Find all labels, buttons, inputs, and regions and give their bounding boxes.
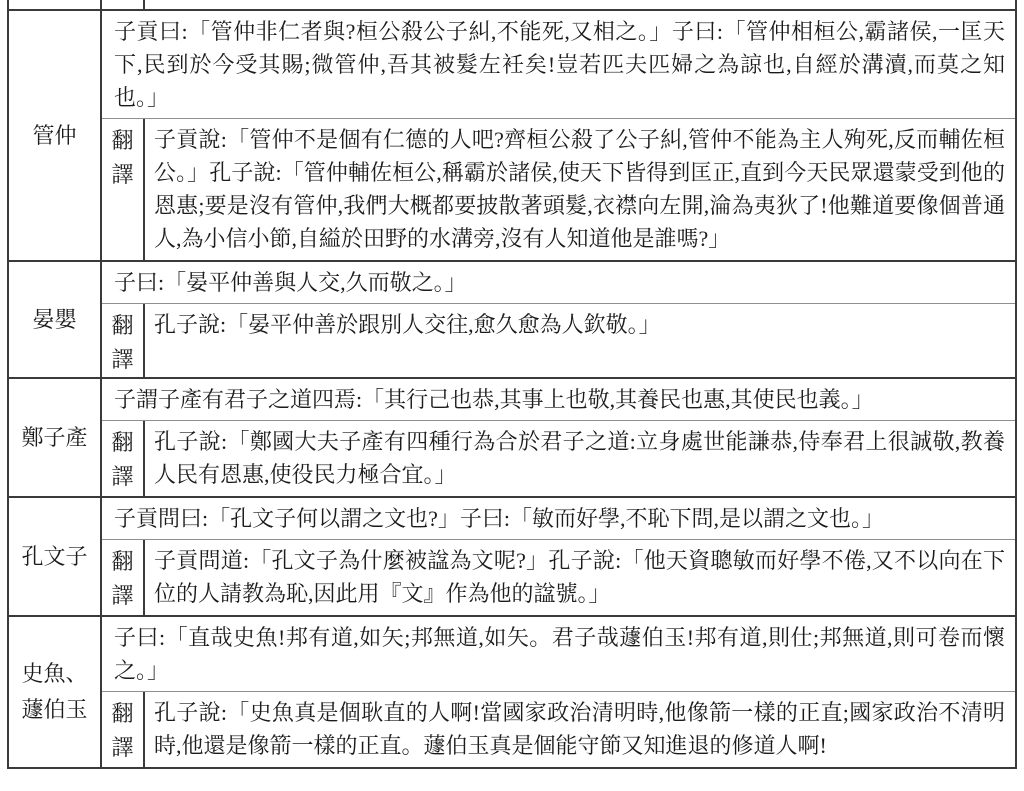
translation-text: 孔子說:「史魚真是個耿直的人啊!當國家政治清明時,他像箭一樣的正直;國家政治不清… [145,692,1015,767]
translation-text: 孔子說:「晏平仲善於跟別人交往,愈久愈為人欽敬。」 [145,304,1015,377]
original-text: 子貢曰:「管仲非仁者與?桓公殺公子糾,不能死,又相之。」子曰:「管仲相桓公,霸諸… [102,11,1015,119]
figure-name: 史魚、蘧伯玉 [9,617,102,767]
cutoff-translation-label-cell [102,0,145,9]
translation-label: 翻譯 [102,692,145,767]
table-row: 孔文子 子貢問曰:「孔文子何以謂之文也?」子曰:「敏而好學,不恥下問,是以謂之文… [9,498,1015,617]
figure-name: 管仲 [9,11,102,260]
figure-name: 晏嬰 [9,262,102,377]
cutoff-previous-row [9,0,1015,11]
original-text: 子曰:「晏平仲善與人交,久而敬之。」 [102,262,1015,304]
translation-text: 孔子說:「鄭國大夫子產有四種行為合於君子之道:立身處世能謙恭,侍奉君上很誠敬,教… [145,421,1015,496]
translation-label: 翻譯 [102,540,145,615]
original-text: 子曰:「直哉史魚!邦有道,如矢;邦無道,如矢。君子哉蘧伯玉!邦有道,則仕;邦無道… [102,617,1015,692]
figure-name: 鄭子產 [9,379,102,496]
analects-figures-table: 管仲 子貢曰:「管仲非仁者與?桓公殺公子糾,不能死,又相之。」子曰:「管仲相桓公… [7,0,1017,769]
cutoff-name-cell [9,0,102,9]
translation-label: 翻譯 [102,119,145,260]
translation-text: 子貢問道:「孔文子為什麼被諡為文呢?」孔子說:「他天資聰敏而好學不倦,又不以向在… [145,540,1015,615]
original-text: 子謂子產有君子之道四焉:「其行己也恭,其事上也敬,其養民也惠,其使民也義。」 [102,379,1015,421]
translation-text: 子貢說:「管仲不是個有仁德的人吧?齊桓公殺了公子糾,管仲不能為主人殉死,反而輔佐… [145,119,1015,260]
cutoff-content-cell [145,0,1015,9]
table-row: 鄭子產 子謂子產有君子之道四焉:「其行己也恭,其事上也敬,其養民也惠,其使民也義… [9,379,1015,498]
table-row: 管仲 子貢曰:「管仲非仁者與?桓公殺公子糾,不能死,又相之。」子曰:「管仲相桓公… [9,11,1015,262]
translation-label: 翻譯 [102,421,145,496]
original-text: 子貢問曰:「孔文子何以謂之文也?」子曰:「敏而好學,不恥下問,是以謂之文也。」 [102,498,1015,540]
table-row: 晏嬰 子曰:「晏平仲善與人交,久而敬之。」 翻譯 孔子說:「晏平仲善於跟別人交往… [9,262,1015,379]
table-row: 史魚、蘧伯玉 子曰:「直哉史魚!邦有道,如矢;邦無道,如矢。君子哉蘧伯玉!邦有道… [9,617,1015,769]
translation-label: 翻譯 [102,304,145,377]
figure-name: 孔文子 [9,498,102,615]
